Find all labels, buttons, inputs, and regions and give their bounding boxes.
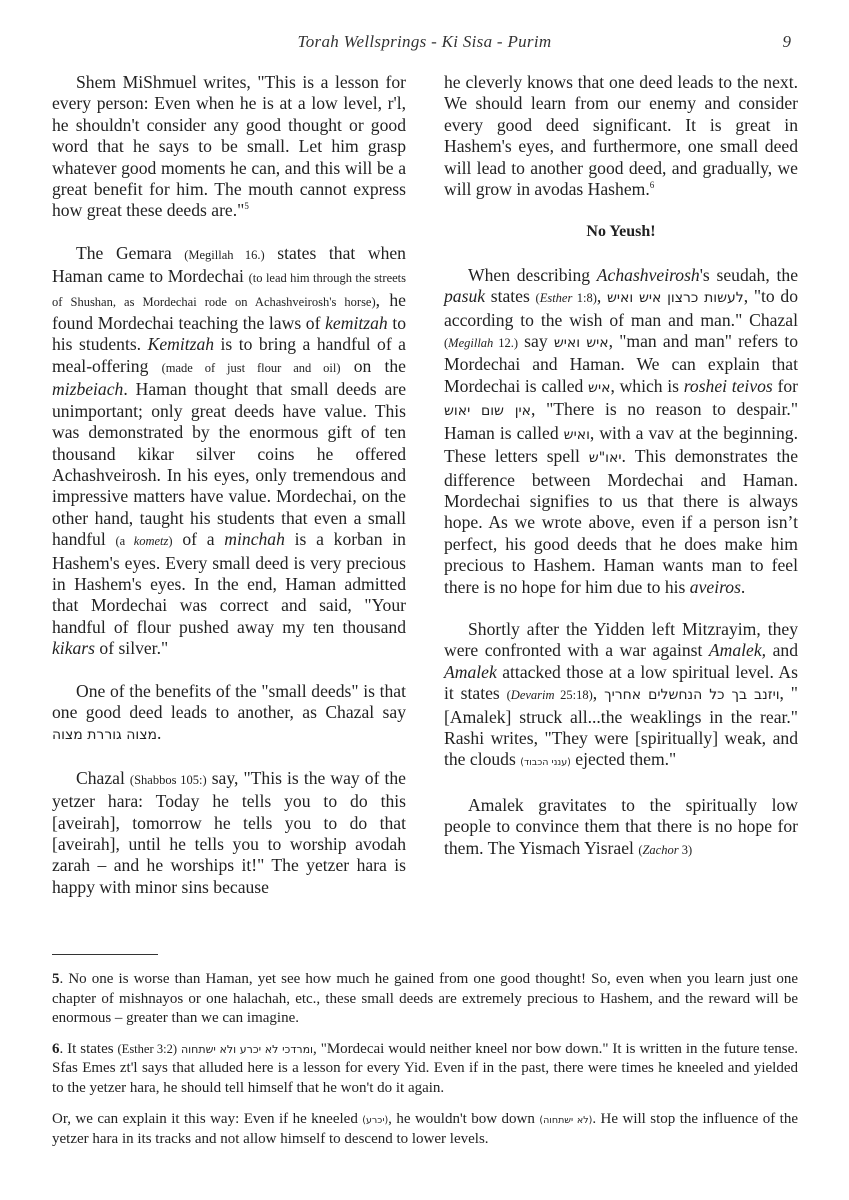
footnote-ref-6[interactable]: 6 [650, 180, 655, 190]
text: Amalek gravitates to the spiritually low… [444, 795, 798, 858]
footnote-6-continued: Or, we can explain it this way: Even if … [52, 1110, 798, 1150]
text: The Gemara [76, 243, 184, 263]
text: 25:18 [555, 688, 589, 702]
text: he cleverly knows that one deed leads to… [444, 72, 798, 199]
text: of a [173, 529, 225, 549]
hebrew-text: ענני הכבוד [524, 757, 567, 768]
term: pasuk [444, 286, 485, 306]
hebrew-quote: יאו"ש [589, 450, 622, 466]
parenthetical: (a kometz) [116, 534, 173, 548]
hebrew-quote: איש [588, 380, 610, 396]
footnote-number: 5 [52, 971, 60, 987]
term: kikars [52, 638, 95, 658]
term: minchah [224, 529, 285, 549]
term: mizbeiach [52, 379, 123, 399]
text: Megillah [448, 336, 493, 350]
text: Esther [540, 291, 573, 305]
hebrew-quote: מצוה גוררת מצוה [52, 727, 157, 743]
paragraph-text: Shem MiShmuel writes, "This is a lesson … [52, 72, 406, 220]
text: 12. [493, 336, 514, 350]
hebrew-quote: איש ואיש [554, 335, 609, 351]
hebrew-quote: ויזנב בך כל הנחשלים אחריך [604, 687, 779, 703]
hebrew-parenthetical: (ענני הכבוד) [520, 757, 571, 768]
paragraph-gemara: The Gemara (Megillah 16.) states that wh… [52, 243, 406, 660]
paragraph-amalek-gravitates: Amalek gravitates to the spiritually low… [444, 795, 798, 861]
hebrew-parenthetical: (יכרע) [362, 1115, 388, 1126]
text: and [766, 640, 798, 660]
citation: (Zachor 3) [638, 843, 692, 857]
term: aveiros [690, 577, 741, 597]
text: Zachor [642, 843, 678, 857]
text: Chazal [76, 768, 130, 788]
hebrew-quote: לעשות כרצון איש ואיש [607, 290, 744, 306]
page-number: 9 [783, 32, 792, 52]
footnote-5: 5. No one is worse than Haman, yet see h… [52, 970, 798, 1029]
text: . [741, 577, 745, 597]
hebrew-parenthetical: (לא ישתחוה) [539, 1115, 592, 1126]
text: states [485, 286, 535, 306]
paragraph-continuation: he cleverly knows that one deed leads to… [444, 72, 798, 200]
text: on the [341, 356, 406, 376]
hebrew-quote: ואיש [564, 427, 590, 443]
hebrew-text: לא ישתחוה [543, 1115, 589, 1126]
text: 3 [679, 843, 688, 857]
footnote-number: 6 [52, 1041, 60, 1057]
text: When describing [468, 265, 597, 285]
citation: (Esther 3:2) [118, 1042, 178, 1056]
citation: (Megillah 12.) [444, 336, 518, 350]
text: . It states [60, 1041, 118, 1057]
paragraph-yetzer-hara: Chazal (Shabbos 105:) say, "This is the … [52, 768, 406, 898]
text: for [773, 376, 798, 396]
paragraph-achashveirosh: When describing Achashveirosh's seudah, … [444, 265, 798, 598]
citation: (Esther 1:8) [536, 291, 597, 305]
text: 1:8 [572, 291, 592, 305]
citation: (Megillah 16.) [184, 248, 264, 262]
hebrew-text: יכרע [366, 1115, 384, 1126]
footnote-divider [52, 954, 158, 955]
text: (a [116, 534, 134, 548]
text: 's seudah, the [700, 265, 798, 285]
footnote-text: . No one is worse than Haman, yet see ho… [52, 971, 798, 1026]
term: Amalek [444, 662, 497, 682]
running-header: Torah Wellsprings - Ki Sisa - Purim 9 [0, 32, 849, 58]
paragraph-amalek: Shortly after the Yidden left Mitzrayim,… [444, 619, 798, 774]
left-column: Shem MiShmuel writes, "This is a lesson … [52, 72, 406, 919]
right-column: he cleverly knows that one deed leads to… [444, 72, 798, 882]
text: say [518, 331, 554, 351]
text: One of the benefits of the "small deeds"… [52, 681, 406, 722]
term: roshei teivos [684, 376, 773, 396]
footnote-6: 6. It states (Esther 3:2) ומרדכי לא יכרע… [52, 1040, 798, 1099]
text: . This demonstrates the difference betwe… [444, 446, 798, 596]
term: Amalek, [709, 640, 766, 660]
term: kometz [134, 534, 169, 548]
paragraph-small-deeds: One of the benefits of the "small deeds"… [52, 681, 406, 747]
text: ejected them." [571, 749, 676, 769]
text: . Haman thought that small deeds are uni… [52, 379, 406, 549]
paragraph-shem-mishmuel: Shem MiShmuel writes, "This is a lesson … [52, 72, 406, 222]
footnotes: 5. No one is worse than Haman, yet see h… [52, 970, 798, 1161]
footnote-ref-5[interactable]: 5 [244, 201, 249, 211]
text: Devarim [511, 688, 555, 702]
text: , which is [610, 376, 683, 396]
term: Achashveirosh [597, 265, 700, 285]
hebrew-quote: אין שום יאוש [444, 403, 531, 419]
parenthetical: (made of just flour and oil) [162, 361, 341, 375]
text: Or, we can explain it this way: Even if … [52, 1111, 362, 1127]
text: of silver." [95, 638, 168, 658]
section-heading: No Yeush! [444, 221, 798, 242]
text: , he wouldn't bow down [388, 1111, 539, 1127]
text: . [157, 723, 161, 743]
hebrew-quote: ומרדכי לא יכרע ולא ישתחוה [181, 1043, 313, 1056]
term: kemitzah [325, 313, 388, 333]
citation: (Shabbos 105:) [130, 773, 207, 787]
term: Kemitzah [148, 334, 214, 354]
header-title: Torah Wellsprings - Ki Sisa - Purim [0, 32, 849, 52]
citation: (Devarim 25:18) [507, 688, 593, 702]
